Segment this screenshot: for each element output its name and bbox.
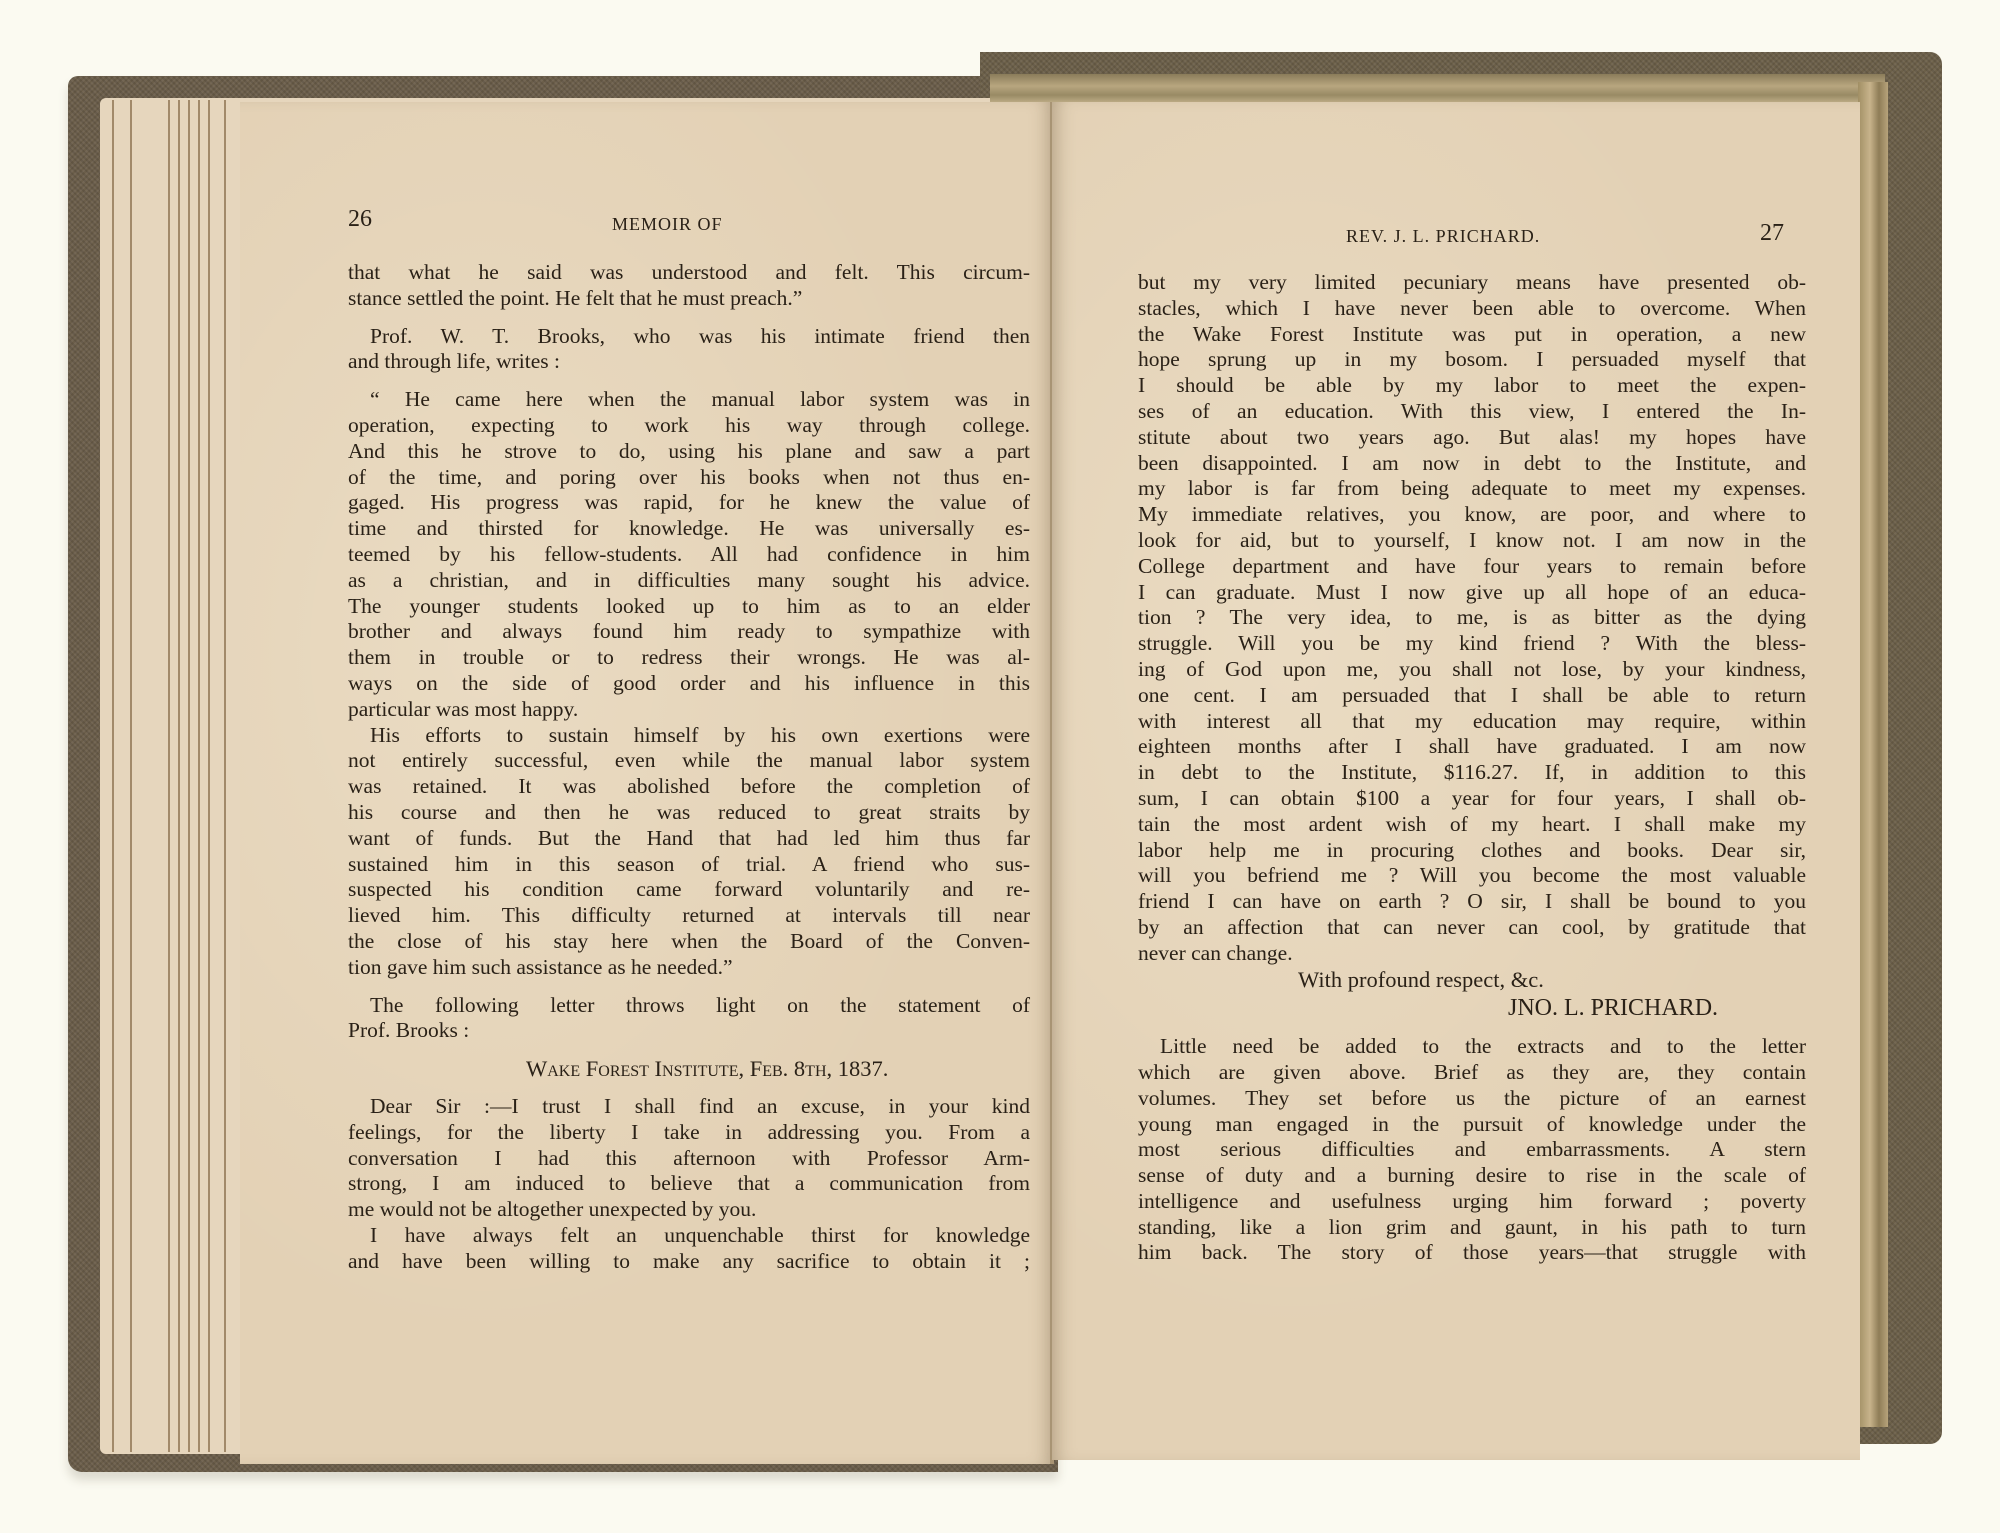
running-head: MEMOIR OF [612,214,723,235]
text-line: brother and always found him ready to sy… [348,619,1030,645]
text-line: operation, expecting to work his way thr… [348,413,1030,439]
text-line: never can change. [1138,941,1806,967]
text-line: by an affection that can never can cool,… [1138,915,1806,941]
text-line: hope sprung up in my bosom. I persuaded … [1138,347,1806,373]
text-line: sense of duty and a burning desire to ri… [1138,1163,1806,1189]
text-line: time and thirsted for knowledge. He was … [348,516,1030,542]
text-line: standing, like a lion grim and gaunt, in… [1138,1215,1806,1241]
text-line: the close of his stay here when the Boar… [348,929,1030,955]
text-line: sum, I can obtain $100 a year for four y… [1138,786,1806,812]
text-line: young man engaged in the pursuit of know… [1138,1112,1806,1138]
text-line: ing of God upon me, you shall not lose, … [1138,657,1806,683]
text-line: The younger students looked up to him as… [348,594,1030,620]
text-line: want of funds. But the Hand that had led… [348,826,1030,852]
text-line: and have been willing to make any sacrif… [348,1249,1030,1275]
text-line: in debt to the Institute, $116.27. If, i… [1138,760,1806,786]
text-line: I have always felt an unquenchable thirs… [348,1223,1030,1249]
text-line: tion ? The very idea, to me, is as bitte… [1138,605,1806,631]
text-line: them in trouble or to redress their wron… [348,645,1030,671]
text-line: His efforts to sustain himself by his ow… [348,723,1030,749]
text-line: was retained. It was abolished before th… [348,774,1030,800]
page-number: 26 [348,206,372,233]
text-line: his course and then he was reduced to gr… [348,800,1030,826]
text-line: as a christian, and in difficulties many… [348,568,1030,594]
text-line: sustained him in this season of trial. A… [348,852,1030,878]
text-line: College department and have four years t… [1138,554,1806,580]
text-line: gaged. His progress was rapid, for he kn… [348,490,1030,516]
text-line: will you befriend me ? Will you become t… [1138,863,1806,889]
text-line: “ He came here when the manual labor sys… [348,387,1030,413]
text-line: My immediate relatives, you know, are po… [1138,502,1806,528]
text-line: most serious difficulties and embarrassm… [1138,1137,1806,1163]
page-leaf-edge [168,100,170,1452]
text-line: stacles, which I have never been able to… [1138,296,1806,322]
page-edge-top [990,74,1885,104]
page-leaf-edge [130,100,132,1452]
text-line: ses of an education. With this view, I e… [1138,399,1806,425]
text-line: me would not be altogether unexpected by… [348,1197,1030,1223]
text-line: Prof. W. T. Brooks, who was his intimate… [348,324,1030,350]
text-line: stance settled the point. He felt that h… [348,286,1030,312]
right-page: REV. J. L. PRICHARD. 27 but my very limi… [1052,102,1860,1460]
text-line: him back. The story of those years—that … [1138,1240,1806,1266]
page-edge-right [1858,82,1888,1427]
page-leaf-edge [178,100,180,1452]
text-line: lieved him. This difficulty returned at … [348,903,1030,929]
page-leaf-edge [224,100,226,1452]
text-line: feelings, for the liberty I take in addr… [348,1120,1030,1146]
text-line: I should be able by my labor to meet the… [1138,373,1806,399]
text-line: eighteen months after I shall have gradu… [1138,734,1806,760]
text-line: look for aid, but to yourself, I know no… [1138,528,1806,554]
letter-closing: With profound respect, &c. [1138,967,1806,993]
text-line: tain the most ardent wish of my heart. I… [1138,812,1806,838]
right-page-body: but my very limited pecuniary means have… [1138,270,1806,1266]
text-line: of the time, and poring over his books w… [348,465,1030,491]
page-leaf-edge [198,100,200,1452]
text-line: that what he said was understood and fel… [348,260,1030,286]
text-line: friend I can have on earth ? O sir, I sh… [1138,889,1806,915]
page-number: 27 [1760,220,1784,247]
page-leaf-edge [208,100,210,1452]
text-line: been disappointed. I am now in debt to t… [1138,451,1806,477]
text-line: tion gave him such assistance as he need… [348,955,1030,981]
text-line: the Wake Forest Institute was put in ope… [1138,322,1806,348]
text-line: which are given above. Brief as they are… [1138,1060,1806,1086]
text-line: suspected his condition came forward vol… [348,877,1030,903]
text-line: ways on the side of good order and his i… [348,671,1030,697]
text-line: but my very limited pecuniary means have… [1138,270,1806,296]
text-line: with interest all that my education may … [1138,709,1806,735]
text-line: volumes. They set before us the picture … [1138,1086,1806,1112]
text-line: Prof. Brooks : [348,1018,1030,1044]
text-line: labor help me in procuring clothes and b… [1138,838,1806,864]
text-line: particular was most happy. [348,697,1030,723]
text-line: Little need be added to the extracts and… [1138,1034,1806,1060]
page-leaf-edge [188,100,190,1452]
page-leaf-edge [112,100,114,1452]
text-line: I can graduate. Must I now give up all h… [1138,580,1806,606]
running-head: REV. J. L. PRICHARD. [1346,226,1540,247]
text-line: The following letter throws light on the… [348,993,1030,1019]
left-page: 26 MEMOIR OF that what he said was under… [240,102,1052,1464]
text-line: conversation I had this afternoon with P… [348,1146,1030,1172]
letter-salutation-line: Dear Sir :—I trust I shall find an excus… [348,1094,1030,1120]
text-line: teemed by his fellow-students. All had c… [348,542,1030,568]
left-page-body: that what he said was understood and fel… [348,260,1030,1274]
text-line: intelligence and usefulness urging him f… [1138,1189,1806,1215]
text-line: And this he strove to do, using his plan… [348,439,1030,465]
text-line: stitute about two years ago. But alas! m… [1138,425,1806,451]
letter-signature: JNO. L. PRICHARD. [1138,996,1806,1022]
text-line: strong, I am induced to believe that a c… [348,1171,1030,1197]
text-line: struggle. Will you be my kind friend ? W… [1138,631,1806,657]
letter-dateline: Wake Forest Institute, Feb. 8th, 1837. [348,1056,1030,1082]
text-line: my labor is far from being adequate to m… [1138,476,1806,502]
text-line: not entirely successful, even while the … [348,748,1030,774]
text-line: one cent. I am persuaded that I shall be… [1138,683,1806,709]
text-line: and through life, writes : [348,349,1030,375]
